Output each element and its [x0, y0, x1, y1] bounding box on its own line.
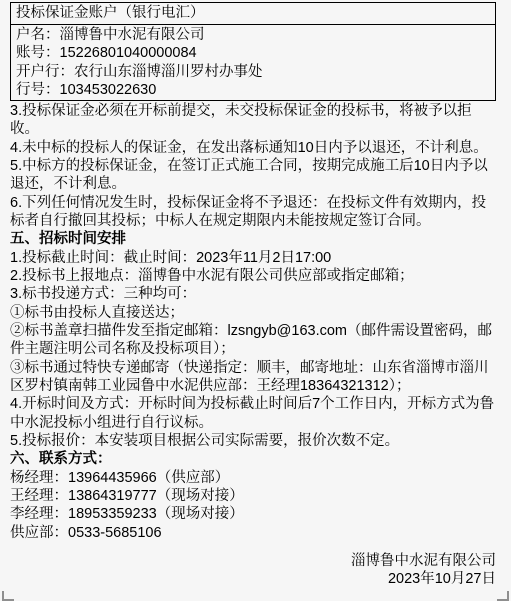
schedule-item-opening: 4.开标时间及方式：开标时间为投标截止时间后7个工作日内，开标方式为鲁中水泥投标…	[10, 395, 497, 432]
contact-yang: 杨经理：13964435966（供应部）	[10, 469, 497, 487]
section6-heading: 六、联系方式：	[10, 450, 497, 468]
account-holder-line: 户名：淄博鲁中水泥有限公司	[16, 26, 493, 44]
contact-wang: 王经理：13864319777（现场对接）	[10, 487, 497, 505]
note-5: 5.中标方的投标保证金，在签订正式施工合同，按期完成施工后10日内予以退还，不计…	[10, 157, 497, 194]
deposit-table-header: 投标保证金账户（银行电汇）	[11, 3, 496, 25]
section5-heading: 五、招标时间安排	[10, 230, 497, 248]
note-3: 3.投标保证金必须在开标前提交，未交投标保证金的投标书，将被予以拒收。	[10, 102, 497, 139]
schedule-item-submit-place: 2.投标书上报地点：淄博鲁中水泥有限公司供应部或指定邮箱；	[10, 267, 497, 285]
bid-notice-document: 投标保证金账户（银行电汇） 户名：淄博鲁中水泥有限公司 账号：152268010…	[0, 0, 511, 608]
bank-branch-line: 开户行：农行山东淄博淄川罗村办事处	[16, 63, 493, 81]
contact-supply-dept: 供应部：0533-5685106	[10, 524, 497, 542]
schedule-item-quotation: 5.投标报价：本安装项目根据公司实际需要，报价次数不定。	[10, 432, 497, 450]
account-number-line: 账号：15226801040000084	[16, 44, 493, 62]
document-body: 3.投标保证金必须在开标前提交，未交投标保证金的投标书，将被予以拒收。 4.未中…	[10, 97, 497, 542]
page-corner-mark-left	[2, 591, 14, 601]
schedule-item-deadline: 1.投标截止时间：截止时间：2023年11月2日17:00	[10, 249, 497, 267]
table-row: 投标保证金账户（银行电汇）	[11, 3, 496, 25]
schedule-item-delivery-methods: 3.标书投递方式：三种均可：	[10, 285, 497, 303]
note-4: 4.未中标的投标人的保证金，在发出落标通知10日内予以退还，不计利息。	[10, 139, 497, 157]
page-corner-mark-right	[497, 591, 509, 601]
delivery-method-email: ②标书盖章扫描件发至指定邮箱：lzsngyb@163.com（邮件需设置密码，邮…	[10, 322, 497, 359]
signature-date: 2023年10月27日	[351, 570, 496, 588]
deposit-table-body: 户名：淄博鲁中水泥有限公司 账号：15226801040000084 开户行：农…	[11, 25, 496, 101]
note-6: 6.下列任何情况发生时，投标保证金将不予退还：在投标文件有效期内，投标者自行撤回…	[10, 194, 497, 231]
signature-block: 淄博鲁中水泥有限公司 2023年10月27日	[351, 552, 496, 589]
delivery-method-express: ③标书通过特快专递邮寄（快递指定：顺丰，邮寄地址：山东省淄博市淄川区罗村镇南韩工…	[10, 359, 497, 396]
deposit-account-table: 投标保证金账户（银行电汇） 户名：淄博鲁中水泥有限公司 账号：152268010…	[10, 2, 496, 101]
delivery-method-direct: ①标书由投标人直接送达；	[10, 304, 497, 322]
signature-company: 淄博鲁中水泥有限公司	[351, 552, 496, 570]
contact-li: 李经理：18953359233（现场对接）	[10, 505, 497, 523]
page-bottom-margin	[0, 601, 511, 608]
table-row: 户名：淄博鲁中水泥有限公司 账号：15226801040000084 开户行：农…	[11, 25, 496, 101]
